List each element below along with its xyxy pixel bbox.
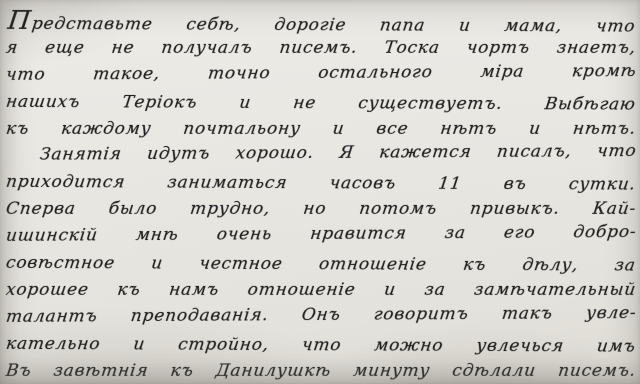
handwritten-line: Занятія идутъ хорошо. Я кажется писалъ, … [4, 139, 638, 170]
handwritten-line: ишинскій мнѣ очень нравится за его добро… [4, 219, 638, 250]
handwritten-line: совѣстное и честное отношеніе къ дѣлу, з… [4, 250, 637, 280]
letter-text-block: Представьте себѣ, дорогіе папа и мама, ч… [0, 2, 640, 384]
handwritten-line: что такое, точно остального міра кромѣ [4, 58, 638, 89]
handwritten-line: нашихъ Теріокъ и не существуетъ. Выбѣгаю [4, 89, 637, 119]
handwritten-line: приходится заниматься часовъ 11 въ сутки… [4, 169, 637, 199]
handwritten-line: Въ завѣтнія къ Данилушкѣ минуту сдѣлали … [4, 358, 637, 384]
handwritten-line: Представьте себѣ, дорогіе папа и мама, ч… [4, 8, 637, 38]
handwritten-line: талантъ преподаванія. Онъ говоритъ такъ … [4, 300, 638, 331]
handwritten-letter-scan: Представьте себѣ, дорогіе папа и мама, ч… [0, 0, 640, 384]
handwritten-line: кательно и стройно, что можно увлечься и… [4, 331, 637, 361]
